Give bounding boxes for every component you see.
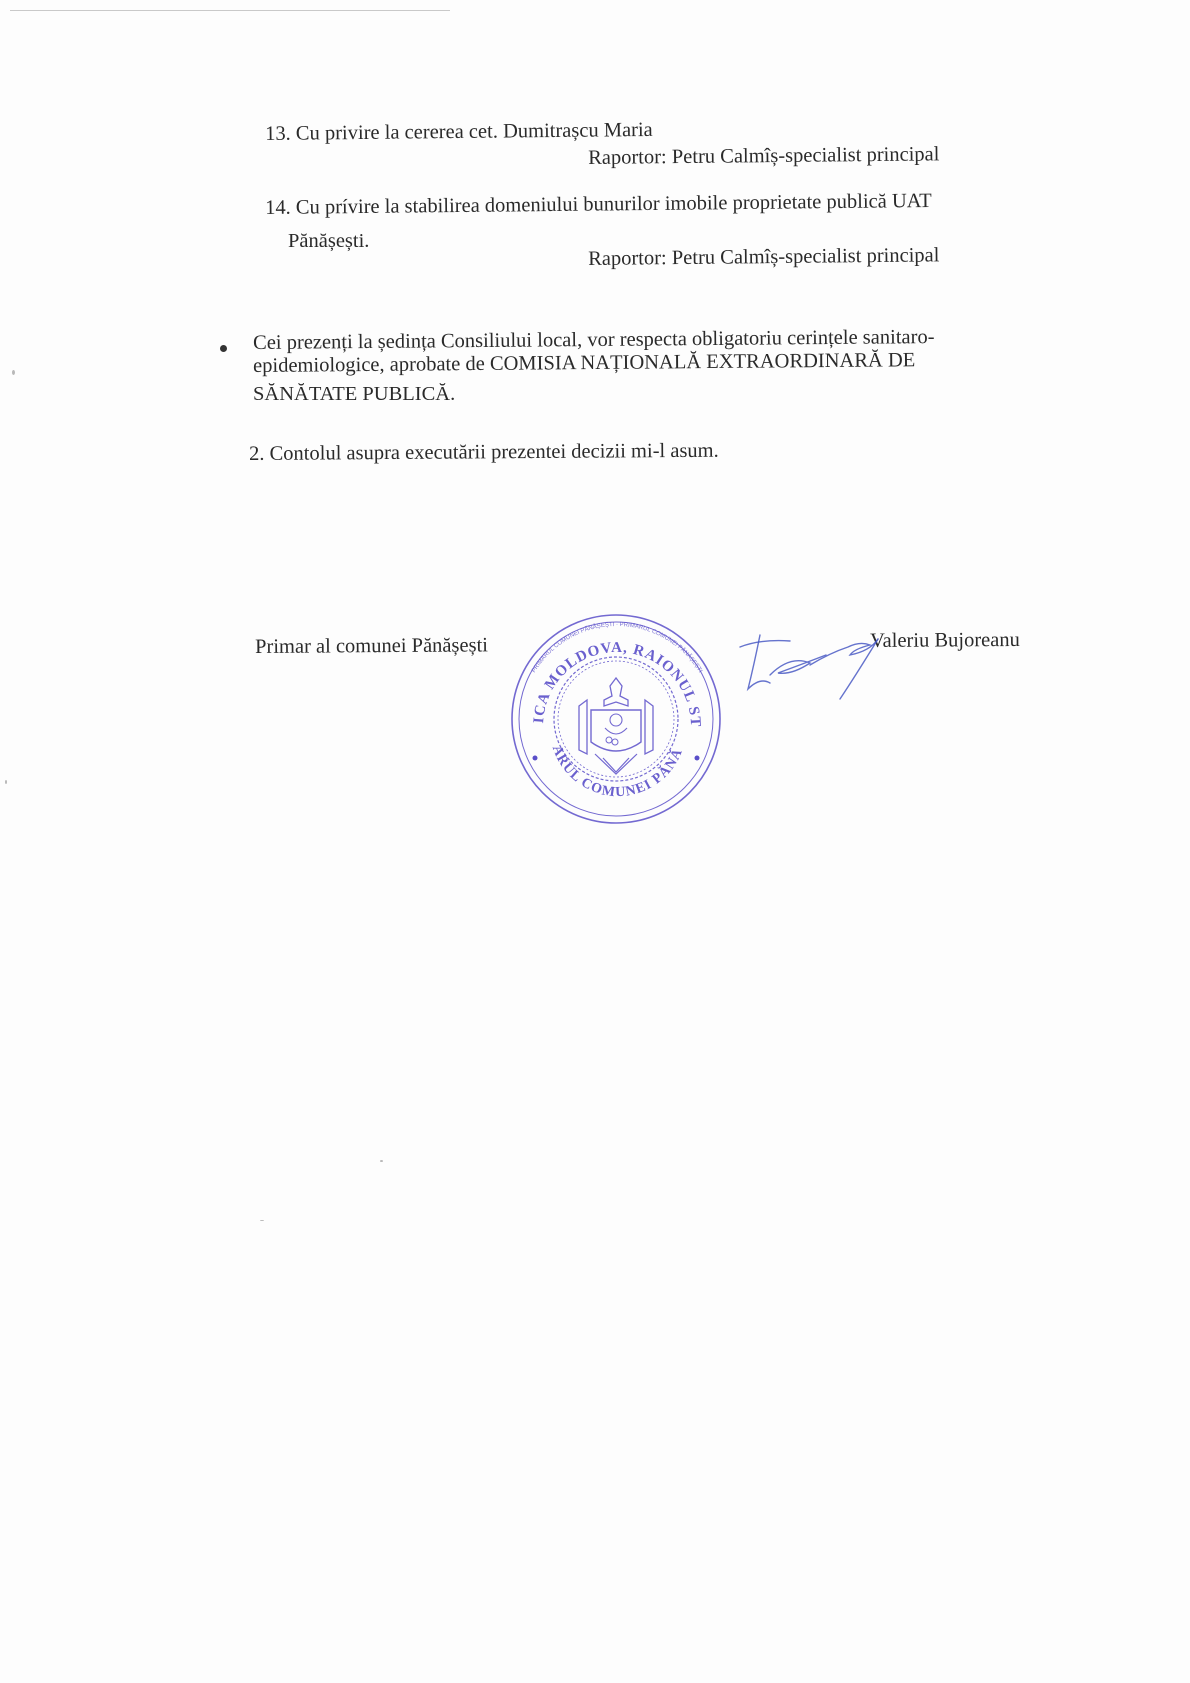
decision-point-2: 2. Contolul asupra executării prezentei … <box>249 439 719 466</box>
agenda-item-14-continuation: Pănășești. <box>288 229 369 253</box>
agenda-item-13-rapporteur: Raportor: Petru Calmîș-specialist princi… <box>588 142 940 170</box>
scan-speck <box>5 780 7 784</box>
scan-speck <box>12 370 15 375</box>
agenda-item-text: Cu privire la cererea cet. Dumitrașcu Ma… <box>296 119 653 145</box>
signatory-title: Primar al comunei Pănășești <box>255 633 488 659</box>
bullet-note-line-2: epidemiologice, aprobate de COMISIA NAȚI… <box>253 348 915 378</box>
scan-speck <box>260 1220 264 1221</box>
handwritten-signature-icon <box>730 625 910 705</box>
bullet-note-line-3: SĂNĂTATE PUBLICĂ. <box>253 382 455 406</box>
agenda-item-14-rapporteur: Raportor: Petru Calmîș-specialist princi… <box>588 243 940 271</box>
agenda-item-number: 13. <box>265 123 291 145</box>
agenda-item-text: Cu prívire la stabilirea domeniului bunu… <box>296 190 932 219</box>
official-stamp-icon: REPUBLICA MOLDOVA, RAIONUL STRĂȘENI PRIM… <box>505 608 727 830</box>
page-top-rule <box>10 10 450 11</box>
agenda-item-13: 13. Cu privire la cererea cet. Dumitrașc… <box>265 118 653 146</box>
agenda-item-number: 14. <box>265 197 291 219</box>
bullet-icon <box>220 345 227 352</box>
agenda-item-14: 14. Cu prívire la stabilirea domeniului … <box>265 189 932 220</box>
scan-speck <box>380 1160 383 1162</box>
